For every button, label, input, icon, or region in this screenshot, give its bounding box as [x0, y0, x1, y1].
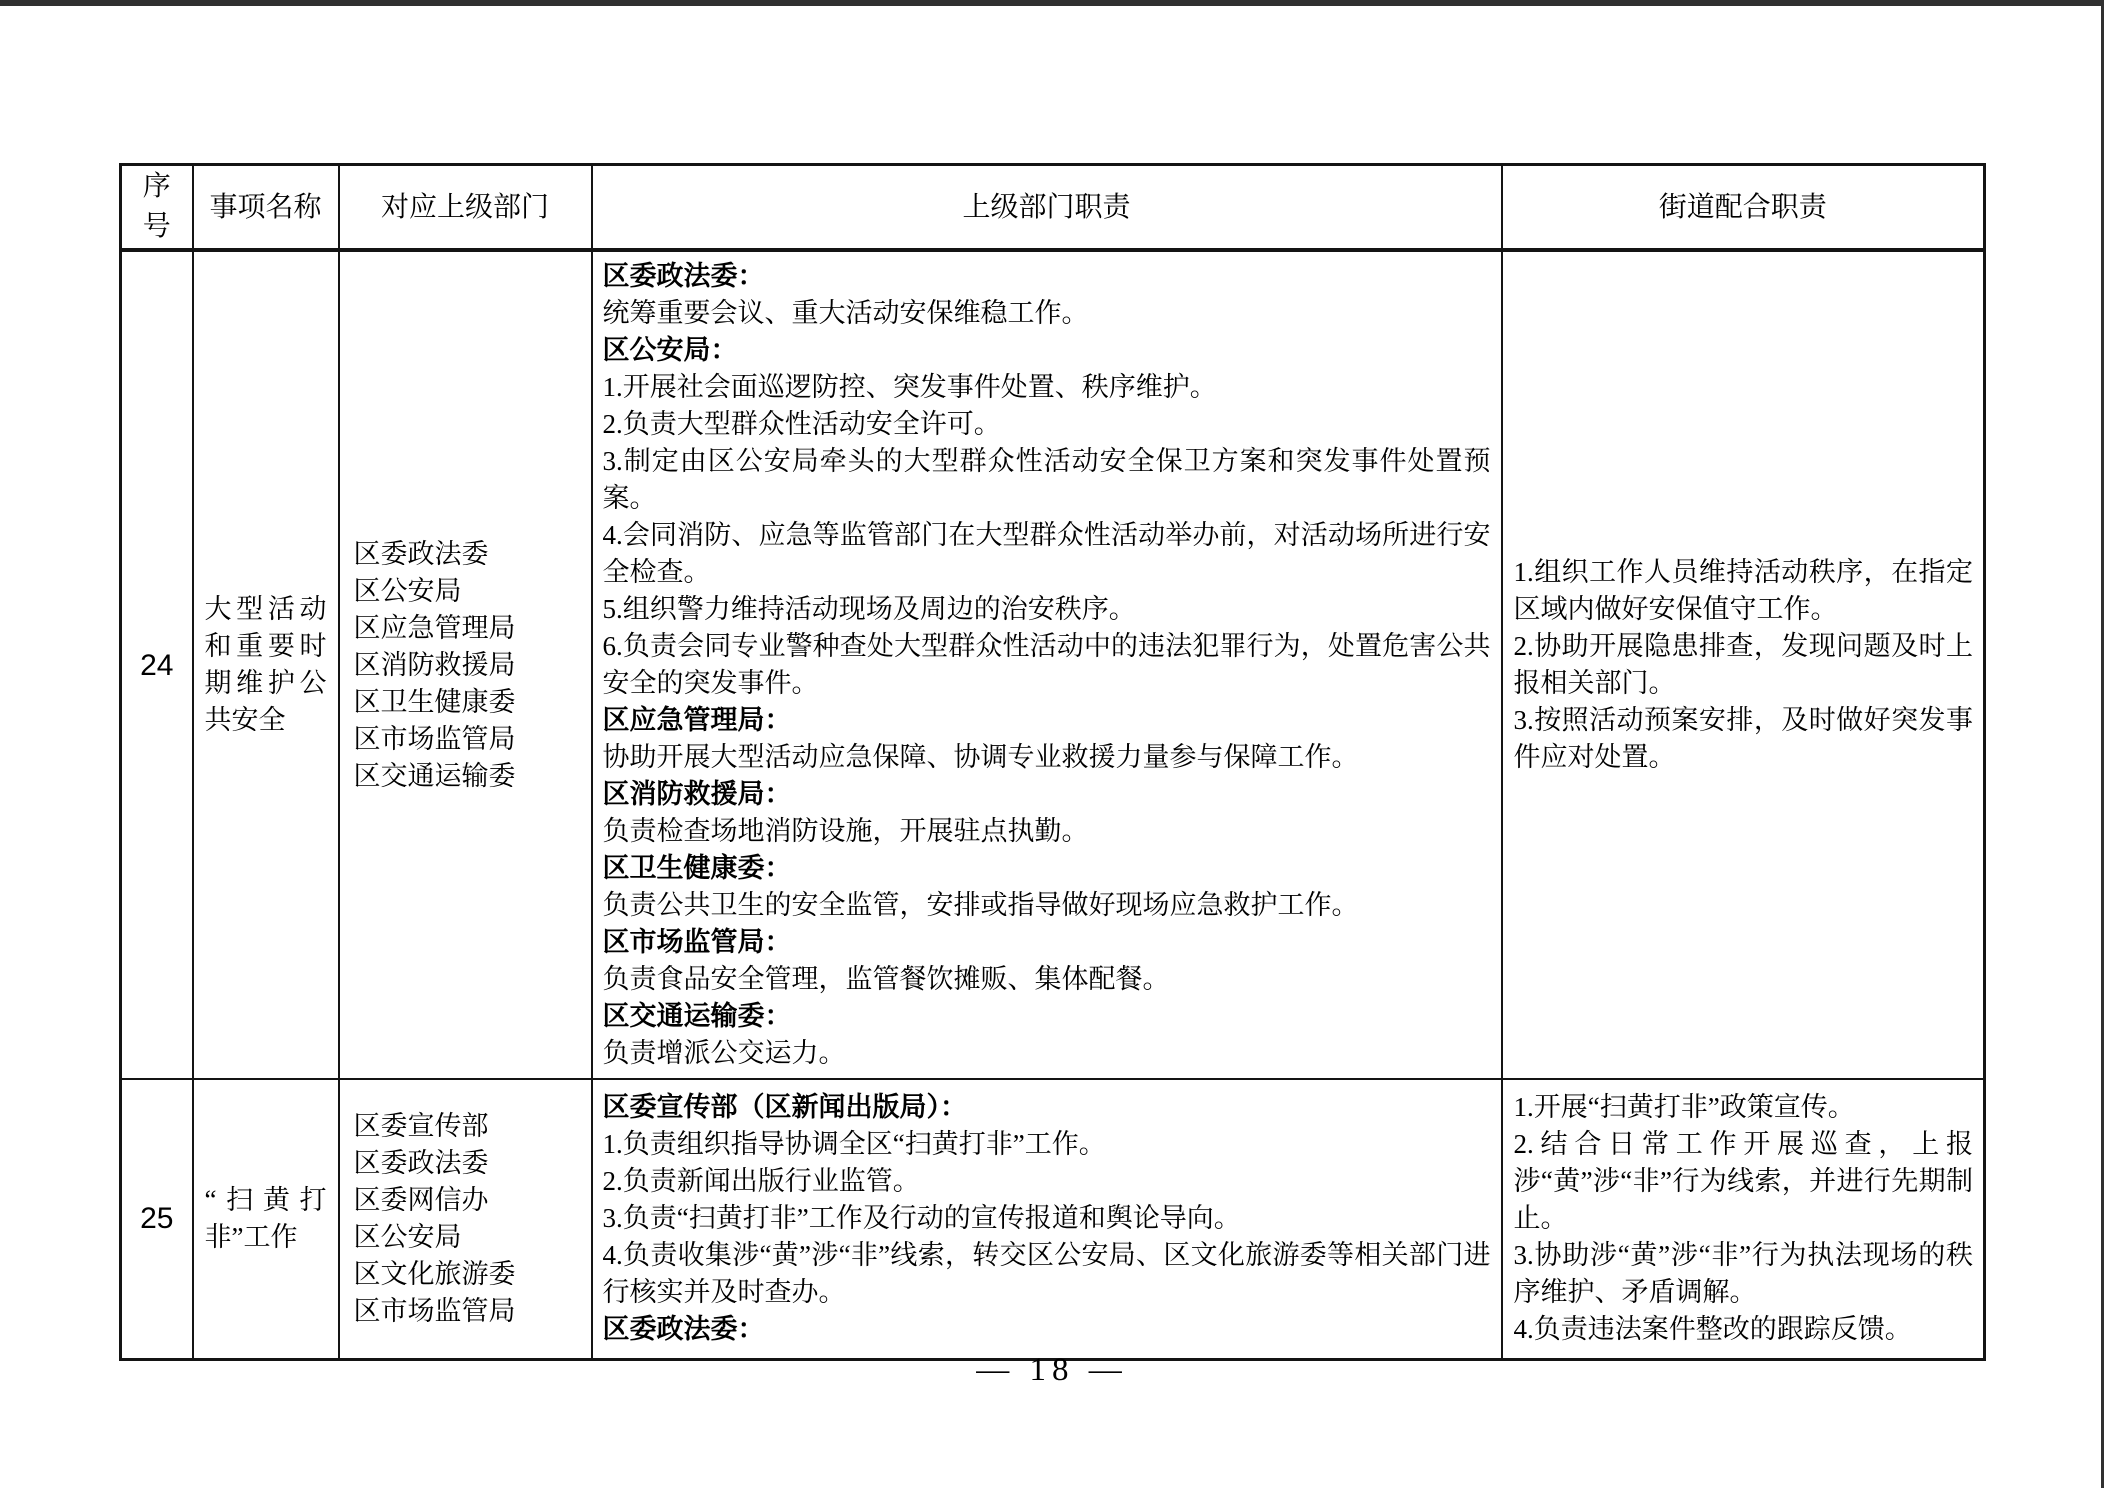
superior-duty-line: 1.开展社会面巡逻防控、突发事件处置、秩序维护。	[603, 369, 1491, 406]
window-top-edge	[0, 0, 2104, 6]
page-number: — 18 —	[0, 1352, 2104, 1389]
superior-duty-line: 负责食品安全管理，监管餐饮摊贩、集体配餐。	[603, 961, 1491, 998]
table-row: 25 “扫黄打非”工作 区委宣传部区委政法委区委网信办区公安局区文化旅游委区市场…	[121, 1079, 1985, 1359]
superior-duty-line: 协助开展大型活动应急保障、协调专业救援力量参与保障工作。	[603, 739, 1491, 776]
superior-duties-cell: 区委宣传部（区新闻出版局）：1.负责组织指导协调全区“扫黄打非”工作。2.负责新…	[592, 1079, 1502, 1359]
street-duty-list: 1.组织工作人员维持活动秩序，在指定区域内做好安保值守工作。2.协助开展隐患排查…	[1514, 554, 1974, 776]
departments-cell: 区委宣传部区委政法委区委网信办区公安局区文化旅游委区市场监管局	[339, 1079, 592, 1359]
col-header-serial: 序号	[121, 165, 193, 251]
serial-cell: 25	[121, 1079, 193, 1359]
superior-duty-line: 统筹重要会议、重大活动安保维稳工作。	[603, 295, 1491, 332]
department-list: 区委宣传部区委政法委区委网信办区公安局区文化旅游委区市场监管局	[354, 1108, 585, 1330]
superior-duty-line: 区委政法委：	[603, 1311, 1491, 1348]
superior-duty-line: 区消防救援局：	[603, 776, 1491, 813]
document-page: { "page": { "number_label": "— 18 —" }, …	[0, 0, 2104, 1488]
serial-cell: 24	[121, 250, 193, 1079]
superior-duty-line: 2.负责新闻出版行业监管。	[603, 1163, 1491, 1200]
superior-duty-line: 负责检查场地消防设施，开展驻点执勤。	[603, 813, 1491, 850]
superior-duty-line: 6.负责会同专业警种查处大型群众性活动中的违法犯罪行为，处置危害公共安全的突发事…	[603, 628, 1491, 702]
superior-duty-line: 区卫生健康委：	[603, 850, 1491, 887]
street-duty-line: 1.开展“扫黄打非”政策宣传。	[1514, 1089, 1974, 1126]
item-name-cell: 大型活动和重要时期维护公共安全	[193, 250, 339, 1079]
department-item: 区交通运输委	[354, 758, 585, 795]
department-item: 区公安局	[354, 1219, 585, 1256]
col-header-item-name: 事项名称	[193, 165, 339, 251]
col-header-street-duties: 街道配合职责	[1502, 165, 1985, 251]
department-item: 区委宣传部	[354, 1108, 585, 1145]
department-item: 区消防救援局	[354, 647, 585, 684]
department-item: 区文化旅游委	[354, 1256, 585, 1293]
superior-duty-line: 1.负责组织指导协调全区“扫黄打非”工作。	[603, 1126, 1491, 1163]
superior-duty-line: 3.制定由区公安局牵头的大型群众性活动安全保卫方案和突发事件处置预案。	[603, 443, 1491, 517]
superior-duty-line: 区市场监管局：	[603, 924, 1491, 961]
department-item: 区委政法委	[354, 536, 585, 573]
street-duty-line: 2.结合日常工作开展巡查，上报涉“黄”涉“非”行为线索，并进行先期制止。	[1514, 1126, 1974, 1237]
superior-duties-cell: 区委政法委：统筹重要会议、重大活动安保维稳工作。区公安局：1.开展社会面巡逻防控…	[592, 250, 1502, 1079]
department-item: 区应急管理局	[354, 610, 585, 647]
department-item: 区卫生健康委	[354, 684, 585, 721]
street-duty-line: 3.按照活动预案安排，及时做好突发事件应对处置。	[1514, 702, 1974, 776]
col-header-departments: 对应上级部门	[339, 165, 592, 251]
header-row: 序号 事项名称 对应上级部门 上级部门职责 街道配合职责	[121, 165, 1985, 251]
item-name-text: 大型活动和重要时期维护公共安全	[205, 591, 327, 739]
department-item: 区委网信办	[354, 1182, 585, 1219]
superior-duty-line: 3.负责“扫黄打非”工作及行动的宣传报道和舆论导向。	[603, 1200, 1491, 1237]
table-row: 24 大型活动和重要时期维护公共安全 区委政法委区公安局区应急管理局区消防救援局…	[121, 250, 1985, 1079]
department-item: 区委政法委	[354, 1145, 585, 1182]
superior-duty-line: 区应急管理局：	[603, 702, 1491, 739]
superior-duty-line: 4.负责收集涉“黄”涉“非”线索，转交区公安局、区文化旅游委等相关部门进行核实并…	[603, 1237, 1491, 1311]
street-duty-line: 4.负责违法案件整改的跟踪反馈。	[1514, 1311, 1974, 1348]
col-header-serial-label: 序号	[141, 167, 173, 247]
department-item: 区市场监管局	[354, 721, 585, 758]
street-duties-cell: 1.组织工作人员维持活动秩序，在指定区域内做好安保值守工作。2.协助开展隐患排查…	[1502, 250, 1985, 1079]
superior-duty-line: 5.组织警力维持活动现场及周边的治安秩序。	[603, 591, 1491, 628]
superior-duty-list: 区委政法委：统筹重要会议、重大活动安保维稳工作。区公安局：1.开展社会面巡逻防控…	[603, 258, 1491, 1072]
department-list: 区委政法委区公安局区应急管理局区消防救援局区卫生健康委区市场监管局区交通运输委	[354, 536, 585, 795]
superior-duty-line: 2.负责大型群众性活动安全许可。	[603, 406, 1491, 443]
superior-duty-line: 区委宣传部（区新闻出版局）：	[603, 1089, 1491, 1126]
department-item: 区市场监管局	[354, 1293, 585, 1330]
col-header-superior-duties: 上级部门职责	[592, 165, 1502, 251]
item-name-cell: “扫黄打非”工作	[193, 1079, 339, 1359]
street-duties-cell: 1.开展“扫黄打非”政策宣传。2.结合日常工作开展巡查，上报涉“黄”涉“非”行为…	[1502, 1079, 1985, 1359]
superior-duty-line: 负责增派公交运力。	[603, 1035, 1491, 1072]
superior-duty-line: 负责公共卫生的安全监管，安排或指导做好现场应急救护工作。	[603, 887, 1491, 924]
street-duty-line: 2.协助开展隐患排查，发现问题及时上报相关部门。	[1514, 628, 1974, 702]
street-duty-line: 1.组织工作人员维持活动秩序，在指定区域内做好安保值守工作。	[1514, 554, 1974, 628]
superior-duty-line: 区公安局：	[603, 332, 1491, 369]
item-name-text: “扫黄打非”工作	[205, 1182, 327, 1256]
superior-duty-line: 4.会同消防、应急等监管部门在大型群众性活动举办前，对活动场所进行安全检查。	[603, 517, 1491, 591]
superior-duty-list: 区委宣传部（区新闻出版局）：1.负责组织指导协调全区“扫黄打非”工作。2.负责新…	[603, 1089, 1491, 1348]
superior-duty-line: 区委政法委：	[603, 258, 1491, 295]
street-duty-list: 1.开展“扫黄打非”政策宣传。2.结合日常工作开展巡查，上报涉“黄”涉“非”行为…	[1514, 1089, 1974, 1348]
responsibility-table: 序号 事项名称 对应上级部门 上级部门职责 街道配合职责 24 大型活动和重要时…	[119, 163, 1986, 1361]
department-item: 区公安局	[354, 573, 585, 610]
departments-cell: 区委政法委区公安局区应急管理局区消防救援局区卫生健康委区市场监管局区交通运输委	[339, 250, 592, 1079]
street-duty-line: 3.协助涉“黄”涉“非”行为执法现场的秩序维护、矛盾调解。	[1514, 1237, 1974, 1311]
superior-duty-line: 区交通运输委：	[603, 998, 1491, 1035]
